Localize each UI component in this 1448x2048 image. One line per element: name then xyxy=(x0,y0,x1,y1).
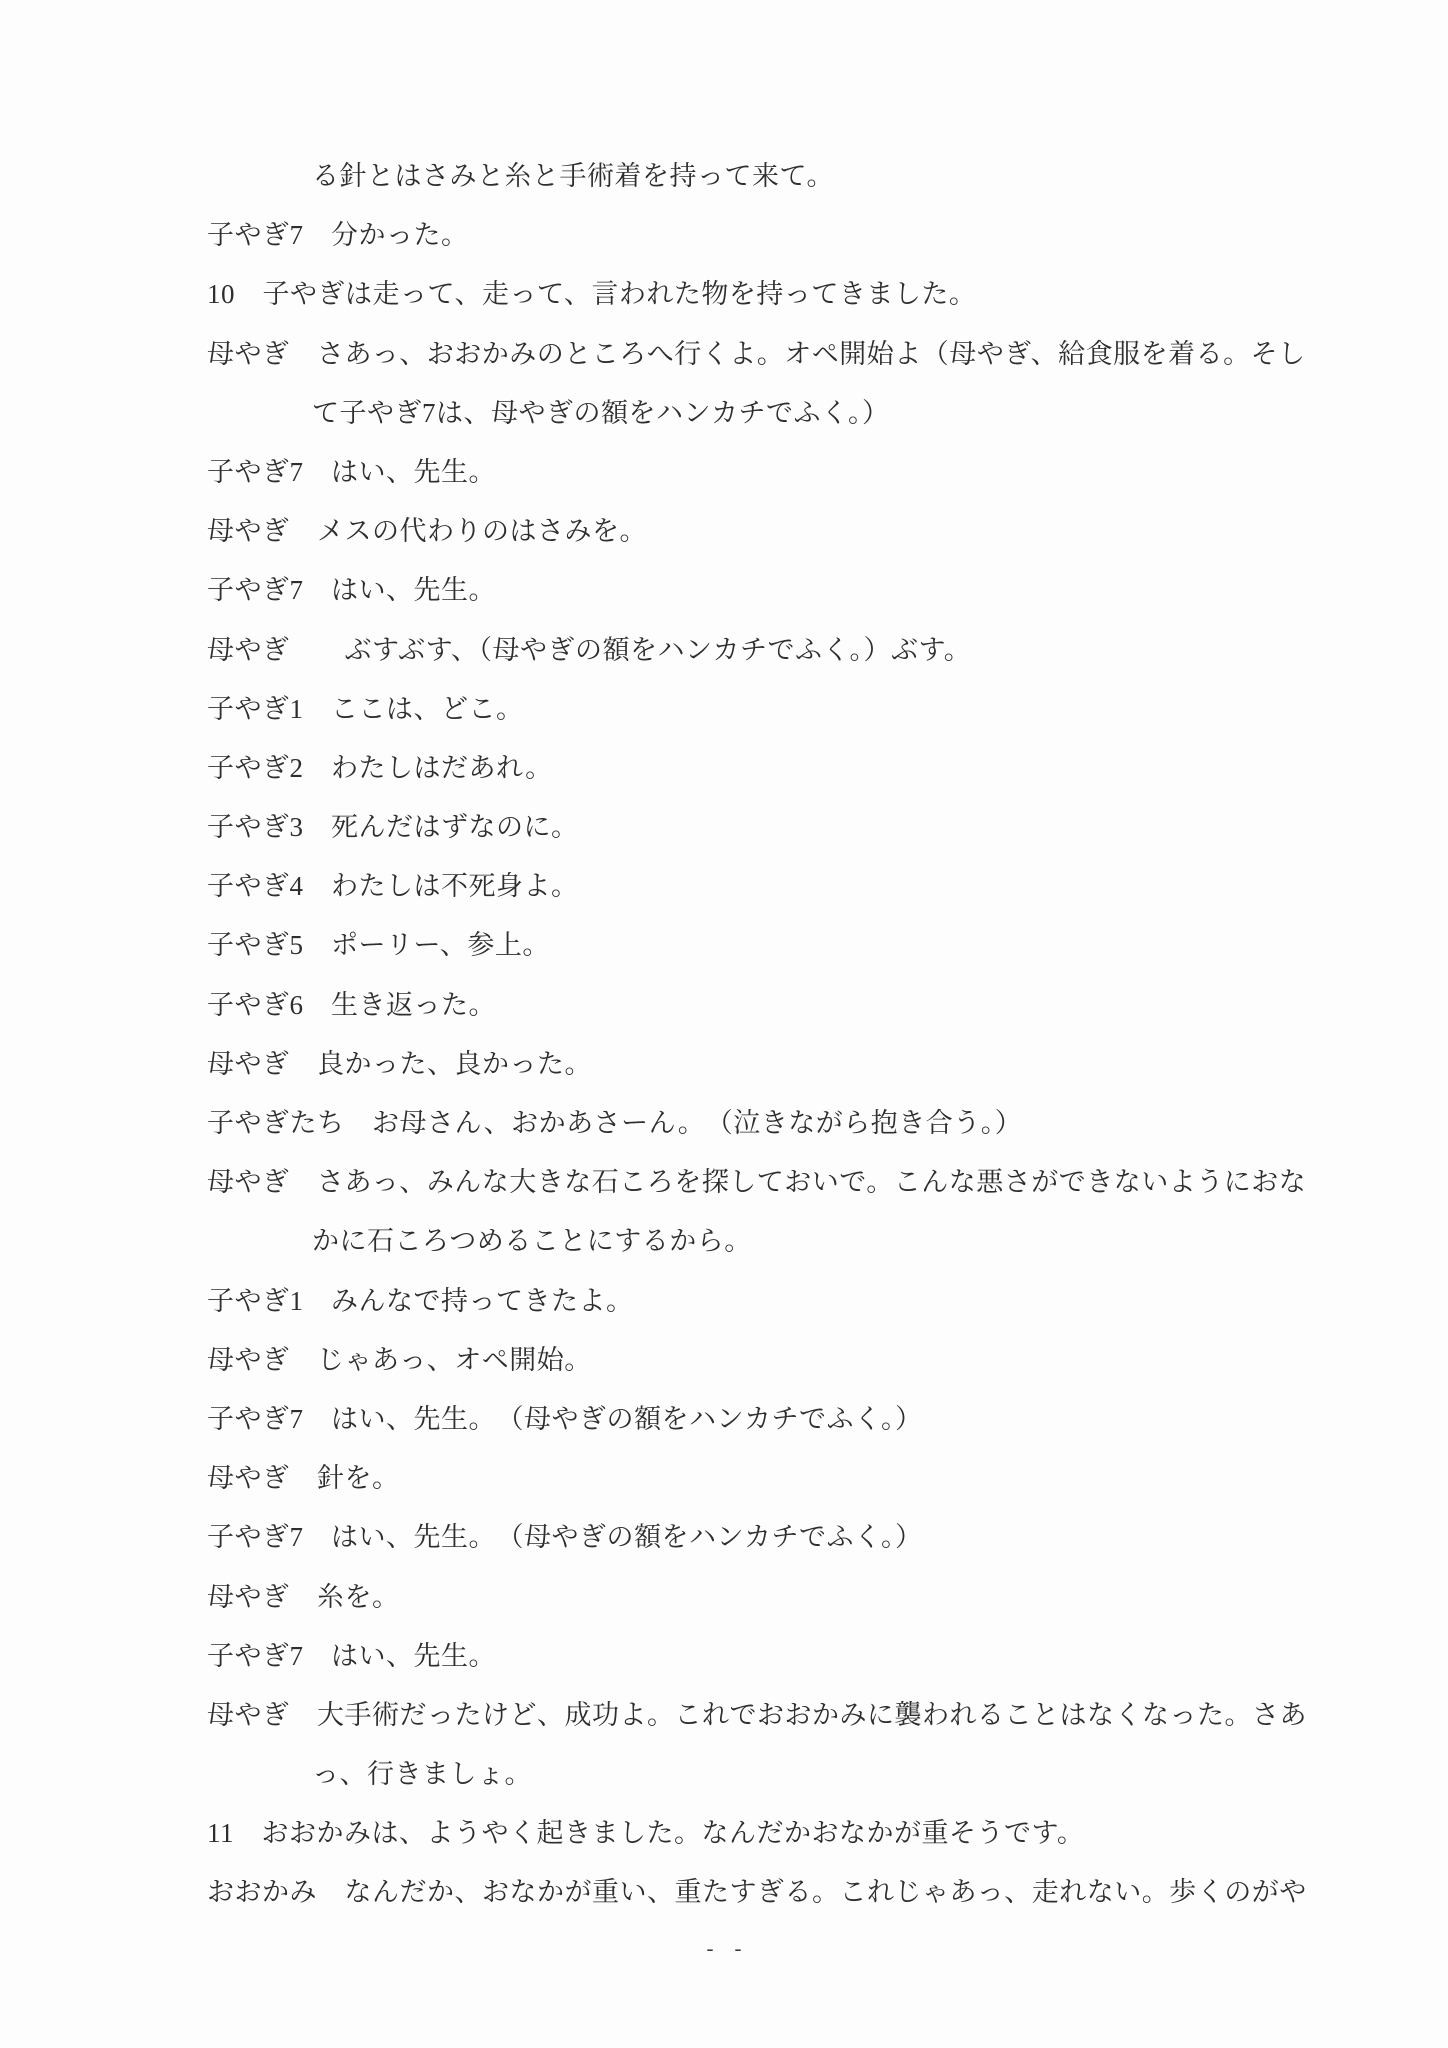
script-line: 子やぎ7 分かった。 xyxy=(207,206,1308,265)
script-line: 母やぎ メスの代わりのはさみを。 xyxy=(207,502,1308,561)
script-line: 子やぎたち お母さん、おかあさーん。 （泣きながら抱き合う。） xyxy=(207,1094,1308,1153)
script-line: 子やぎ3 死んだはずなのに。 xyxy=(207,798,1308,857)
script-line: 母やぎ 大手術だったけど、成功よ。これでおおかみに襲われることはなくなった。さあ xyxy=(207,1686,1308,1745)
script-line: おおかみ なんだか、おなかが重い、重たすぎる。これじゃあっ、走れない。歩くのがや xyxy=(207,1863,1308,1922)
document-page: る針とはさみと糸と手術着を持って来て。子やぎ7 分かった。10 子やぎは走って、… xyxy=(0,0,1448,2048)
script-line: 子やぎ4 わたしは不死身よ。 xyxy=(207,857,1308,916)
script-line: 子やぎ1 ここは、どこ。 xyxy=(207,680,1308,739)
script-line: 母やぎ じゃあっ、オペ開始。 xyxy=(207,1331,1308,1390)
script-line: 子やぎ2 わたしはだあれ。 xyxy=(207,739,1308,798)
script-line: かに石ころつめることにするから。 xyxy=(207,1212,1308,1271)
script-line: 子やぎ7 はい、先生。 （母やぎの額をハンカチでふく。） xyxy=(207,1390,1308,1449)
script-line: 子やぎ7 はい、先生。 xyxy=(207,443,1308,502)
script-line: 子やぎ7 はい、先生。 xyxy=(207,1627,1308,1686)
script-line: 10 子やぎは走って、走って、言われた物を持ってきました。 xyxy=(207,265,1308,324)
script-line: 母やぎ さあっ、みんな大きな石ころを探しておいで。こんな悪さができないようにおな xyxy=(207,1153,1308,1212)
script-line: 子やぎ6 生き返った。 xyxy=(207,976,1308,1035)
script-line: 子やぎ1 みんなで持ってきたよ。 xyxy=(207,1272,1308,1331)
script-line: 11 おおかみは、ようやく起きました。なんだかおなかが重そうです。 xyxy=(207,1804,1308,1863)
script-line: 子やぎ7 はい、先生。 （母やぎの額をハンカチでふく。） xyxy=(207,1508,1308,1567)
script-line: て子やぎ7は、母やぎの額をハンカチでふく。） xyxy=(207,384,1308,443)
script-line: る針とはさみと糸と手術着を持って来て。 xyxy=(207,147,1308,206)
script-lines: る針とはさみと糸と手術着を持って来て。子やぎ7 分かった。10 子やぎは走って、… xyxy=(207,147,1308,1923)
script-line: 母やぎ 良かった、良かった。 xyxy=(207,1035,1308,1094)
script-line: 子やぎ5 ポーリー、参上。 xyxy=(207,916,1308,975)
script-line: っ、行きましょ。 xyxy=(207,1745,1308,1804)
script-line: 母やぎ 針を。 xyxy=(207,1449,1308,1508)
page-number: - - xyxy=(0,1928,1448,1968)
script-line: 母やぎ ぶすぶす、（母やぎの額をハンカチでふく。）ぶす。 xyxy=(207,621,1308,680)
script-line: 母やぎ 糸を。 xyxy=(207,1568,1308,1627)
script-line: 子やぎ7 はい、先生。 xyxy=(207,561,1308,620)
script-line: 母やぎ さあっ、おおかみのところへ行くよ。オペ開始よ（母やぎ、給食服を着る。そし xyxy=(207,325,1308,384)
